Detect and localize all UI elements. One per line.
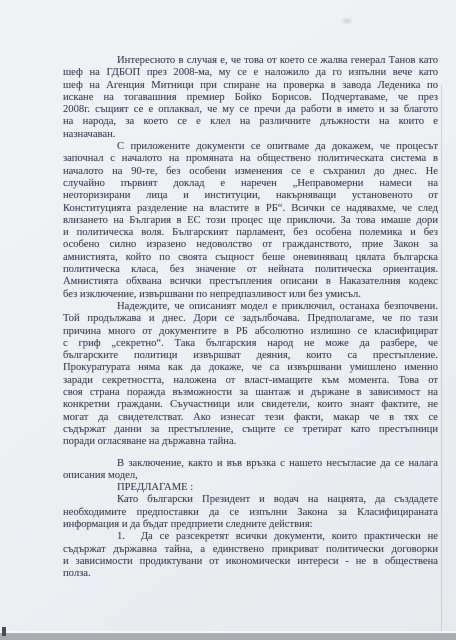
- text-line: шеф на ГДБОП през 2008-ма, му се е налож…: [63, 67, 438, 79]
- text-line: Прокуратурата няма как да докаже, че са …: [63, 362, 438, 374]
- text-line: Като български Президент и водач на наци…: [63, 494, 438, 506]
- text-line: Конституцията разделение на властите в Р…: [63, 203, 438, 215]
- text-line: искане на тогавашния премиер Бойко Борис…: [63, 92, 438, 104]
- text-line: конкретни граждани. Съучастници или свид…: [63, 399, 438, 411]
- text-line: необходимите предпоставки да се изпълни …: [63, 507, 438, 519]
- text-line: амнистията, който по своята същност беше…: [63, 252, 438, 264]
- text-line: назначаван.: [63, 129, 438, 141]
- page-crease-line: [441, 85, 442, 633]
- text-line: и зависимости продиктувани от икономичес…: [63, 556, 438, 568]
- text-line: 1. Да се разсекретят всички документи, к…: [63, 531, 438, 543]
- scan-smudge: [340, 17, 354, 25]
- text-line: политическа класа, без значение от нейна…: [63, 264, 438, 276]
- paragraph-conclusion: В заключение, както и във връзка с нашет…: [63, 458, 438, 483]
- text-line: особено силно изразено недоволство от гр…: [63, 239, 438, 251]
- text-line: без изключение, извършвани по непредпазл…: [63, 289, 438, 301]
- text-line: С приложените документи се опитваме да д…: [63, 141, 438, 153]
- text-line: ПРЕДЛАГАМЕ :: [63, 482, 438, 494]
- text-line: заради секретността, наложена от власт-и…: [63, 375, 438, 387]
- text-line: Той продължава и днес. Дори се задълбоча…: [63, 313, 438, 325]
- text-line: полза.: [63, 568, 438, 580]
- text-line: и политическа воля. Българският парламен…: [63, 227, 438, 239]
- text-line: Амнистията обхвана всички престъпления о…: [63, 276, 438, 288]
- text-line: българските политици извършват деяния, к…: [63, 350, 438, 362]
- scan-ink-mark: [2, 627, 6, 636]
- text-line: В заключение, както и във връзка с нашет…: [63, 458, 438, 470]
- paragraph-intro: Интересното в случая е, че това от което…: [63, 55, 438, 141]
- text-line: на народа, за което се е клел на различн…: [63, 116, 438, 128]
- text-line: започнал с началото на промяната на обще…: [63, 153, 438, 165]
- list-item-1: 1. Да се разсекретят всички документи, к…: [63, 531, 438, 580]
- proposal-heading: ПРЕДЛАГАМЕ :: [63, 482, 438, 494]
- paragraph-hopes: Надеждите, че описаният модел е приключи…: [63, 301, 438, 449]
- paragraph-attached-documents: С приложените документи се опитваме да д…: [63, 141, 438, 301]
- text-line: Надеждите, че описаният модел е приключи…: [63, 301, 438, 313]
- text-line: с гриф „секретно“. Така българския народ…: [63, 338, 438, 350]
- paragraph-president-appeal: Като български Президент и водач на наци…: [63, 494, 438, 531]
- text-line: своя страна поражда възможности за шанта…: [63, 387, 438, 399]
- text-line: информация и да бъдат предприети следнит…: [63, 519, 438, 531]
- text-line: Интересното в случая е, че това от което…: [63, 55, 438, 67]
- text-line: поради огласяване на държавна тайна.: [63, 436, 438, 448]
- text-line: случайно първият доклад е наречен „Непра…: [63, 178, 438, 190]
- text-line: описания модел,: [63, 470, 438, 482]
- text-line: шеф на Агенция Митници при спиране на пр…: [63, 80, 438, 92]
- page-bottom-edge: [0, 631, 456, 633]
- text-line: началото на 90-те, без особени изменения…: [63, 166, 438, 178]
- text-line: съдържат държавна тайна, а единствено пр…: [63, 544, 438, 556]
- document-body: Интересното в случая е, че това от което…: [63, 55, 438, 580]
- text-line: влизането на България в ЕС този процес щ…: [63, 215, 438, 227]
- text-line: причина много от документите в РБ абсолю…: [63, 326, 438, 338]
- text-line: могат да свидетелстват. Ако изнесат тези…: [63, 412, 438, 424]
- text-line: съдържат данни за престъпление, същите с…: [63, 424, 438, 436]
- text-line: неоторизирани лица и институции, накърня…: [63, 190, 438, 202]
- scanned-page: Интересното в случая е, че това от което…: [0, 0, 456, 633]
- text-line: 2008г. същият се е оплаквал, че му се пр…: [63, 104, 438, 116]
